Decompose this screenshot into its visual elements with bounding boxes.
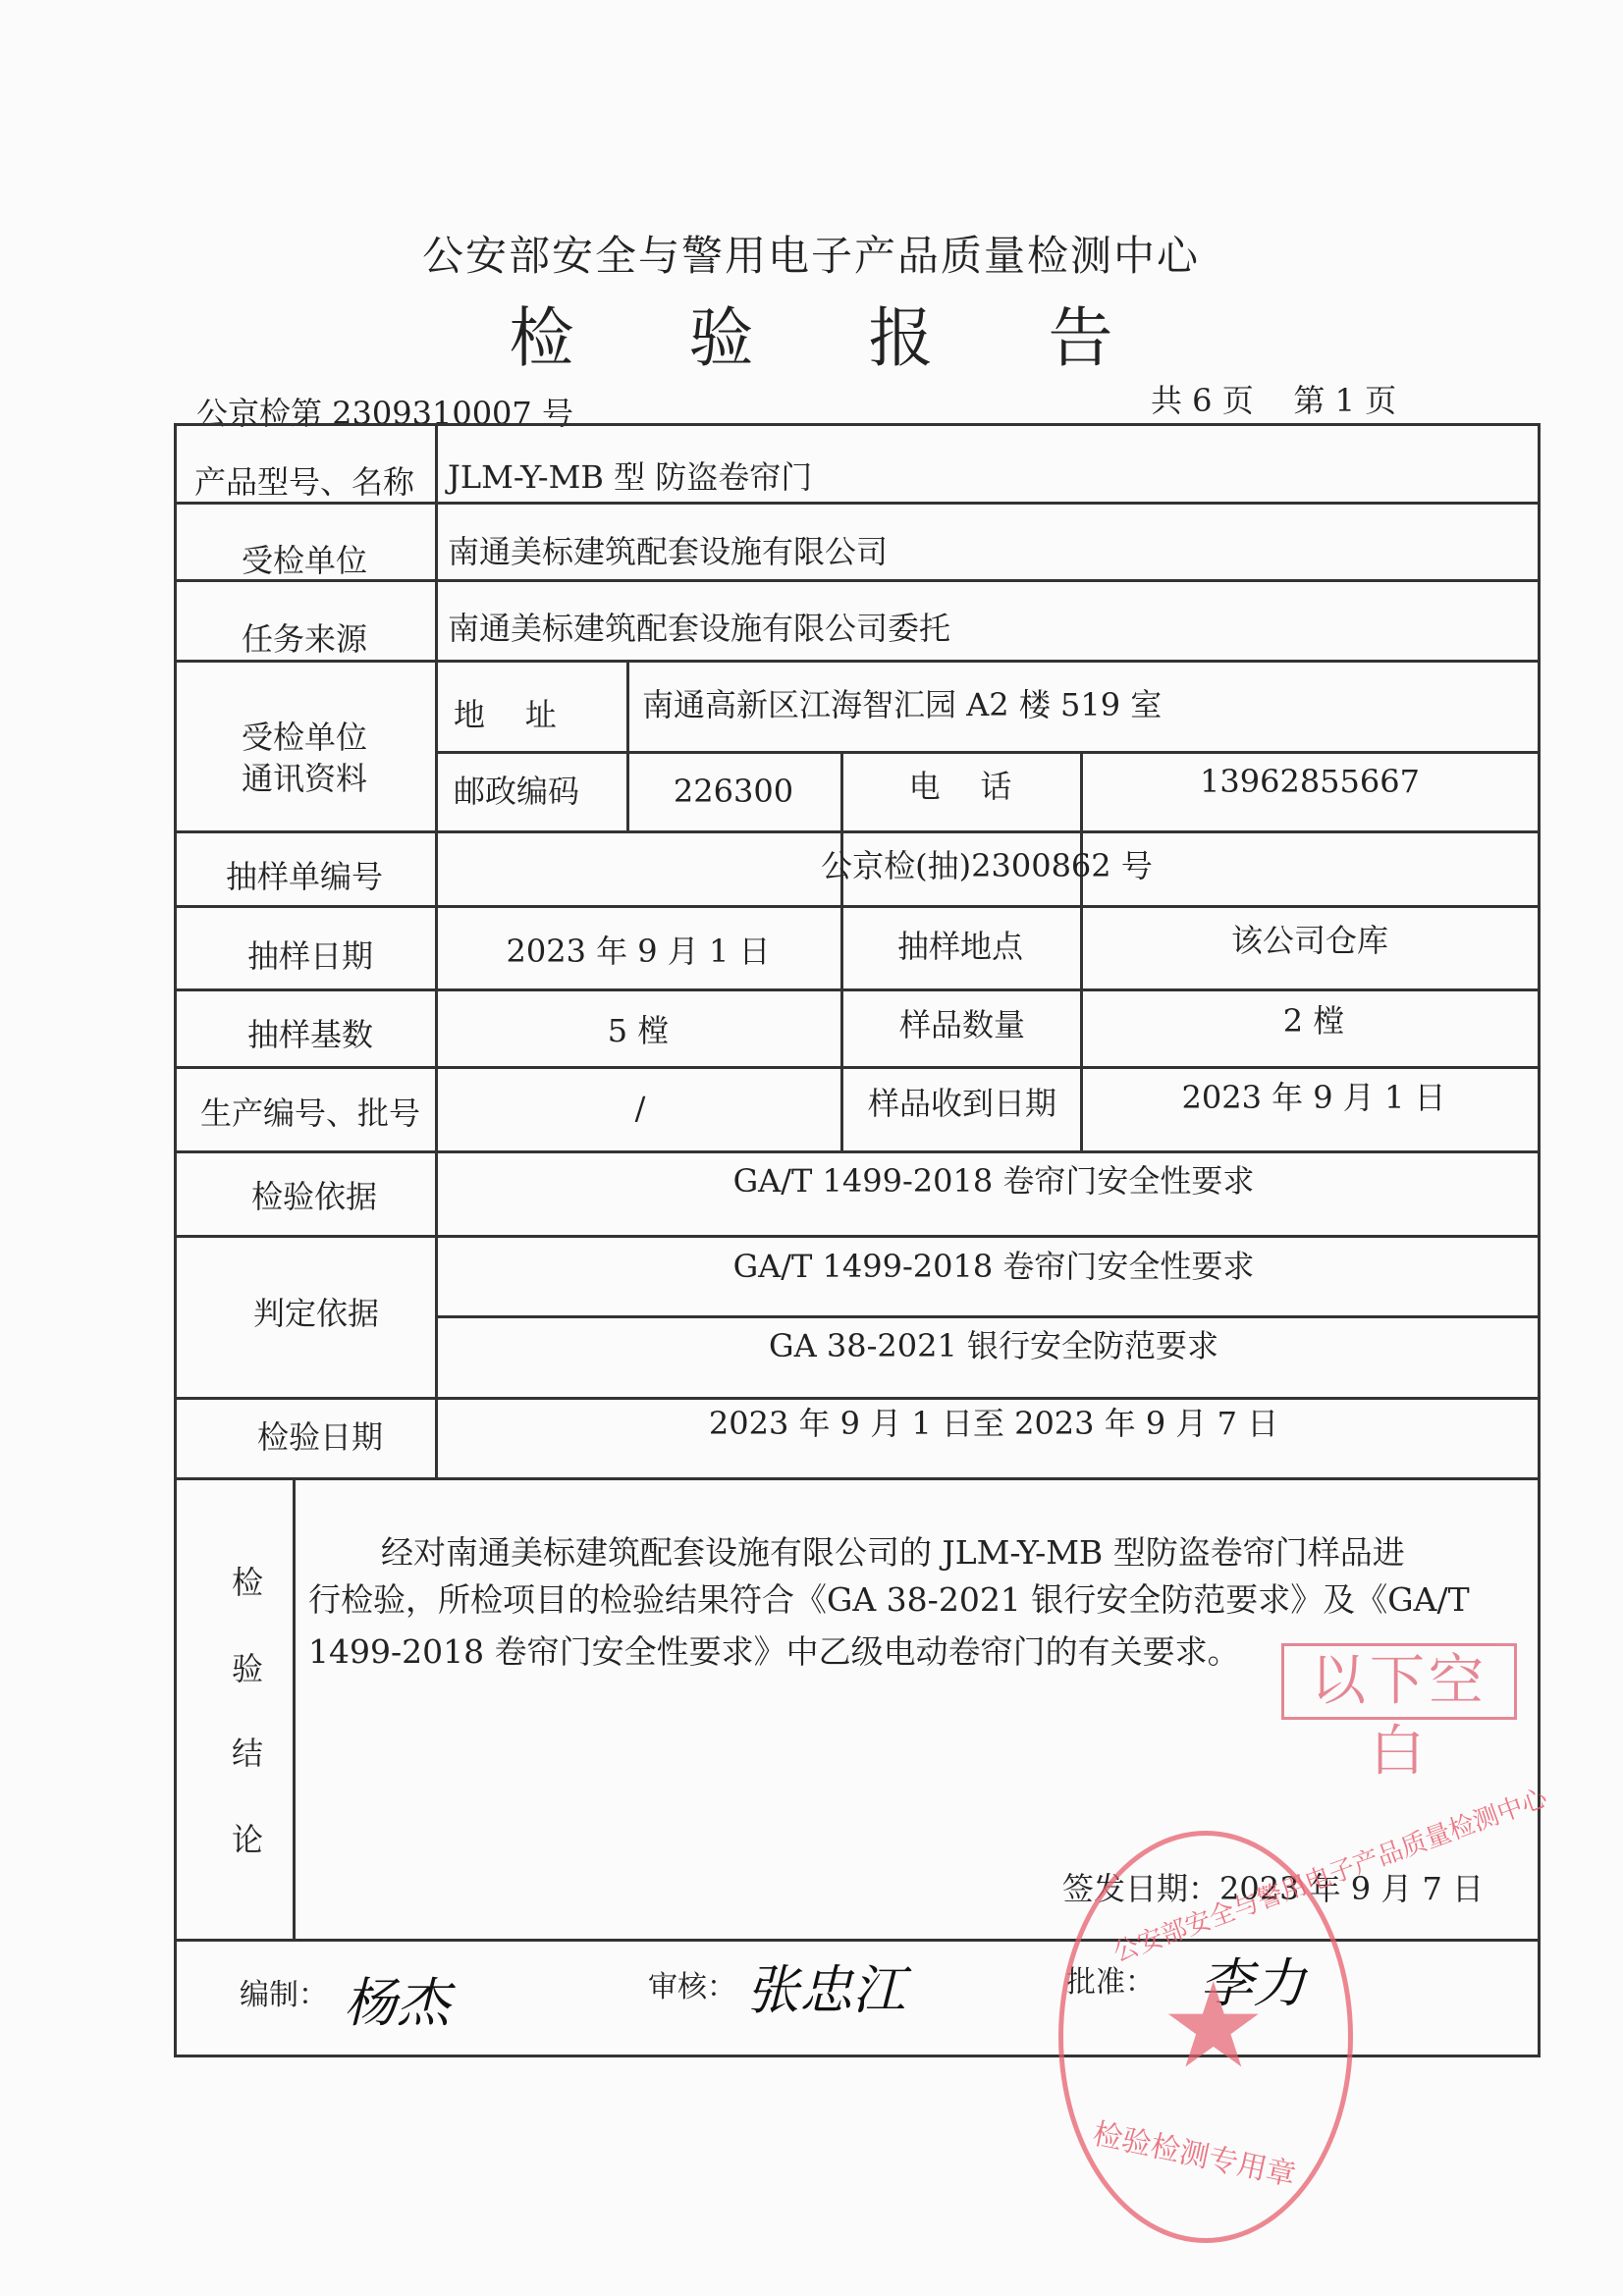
sample-qty-label: 样品数量 (899, 1009, 1025, 1041)
address-value: 南通高新区江海智汇园 A2 楼 519 室 (642, 689, 1162, 721)
report-title: 检 验 报 告 (462, 306, 1161, 371)
batch-label: 生产编号、批号 (200, 1097, 420, 1129)
inspect-date-label: 检验日期 (257, 1421, 383, 1453)
conclusion-label-char: 验 (232, 1653, 263, 1684)
reviewed-label: 审核： (648, 1973, 736, 2002)
judge-value-2: GA 38-2021 银行安全防范要求 (769, 1330, 1218, 1362)
inspect-date-value: 2023 年 9 月 1 日至 2023 年 9 月 7 日 (709, 1408, 1278, 1439)
conclusion-line: 1499-2018 卷帘门安全性要求》中乙级电动卷帘门的有关要求。 (308, 1635, 1240, 1668)
task-source-value: 南通美标建筑配套设施有限公司委托 (448, 613, 950, 644)
batch-value: / (635, 1093, 646, 1124)
conclusion-label-char: 检 (232, 1567, 263, 1598)
inspected-unit-value: 南通美标建筑配套设施有限公司 (448, 536, 888, 567)
contact-label-2: 通讯资料 (242, 763, 367, 794)
conclusion-line: 经对南通美标建筑配套设施有限公司的 JLM-Y-MB 型防盗卷帘门样品进 (381, 1536, 1405, 1569)
sample-place-label: 抽样地点 (897, 931, 1023, 962)
task-source-label: 任务来源 (242, 623, 367, 655)
product-label: 产品型号、名称 (194, 466, 414, 498)
inspected-unit-label: 受检单位 (242, 545, 367, 576)
org-name: 公安部安全与警用电子产品质量检测中心 (422, 236, 1200, 277)
sample-date-label: 抽样日期 (247, 940, 373, 972)
sample-date-value: 2023 年 9 月 1 日 (506, 935, 770, 967)
received-label: 样品收到日期 (868, 1088, 1056, 1119)
seal-star-icon: ★ (1161, 1958, 1267, 2095)
basis-label: 检验依据 (251, 1181, 377, 1212)
sample-no-value: 公京检(抽)2300862 号 (821, 850, 1153, 881)
judge-value-1: GA/T 1499-2018 卷帘门安全性要求 (733, 1251, 1255, 1282)
prepared-label: 编制： (240, 1981, 328, 2010)
postcode-label: 邮政编码 (454, 775, 579, 807)
product-value: JLM-Y-MB 型 防盗卷帘门 (448, 461, 812, 493)
reviewed-signature: 张忠江 (746, 1949, 905, 2024)
phone-value: 13962855667 (1200, 766, 1420, 797)
sample-base-value: 5 樘 (608, 1015, 670, 1046)
received-value: 2023 年 9 月 1 日 (1181, 1082, 1445, 1113)
judge-label: 判定依据 (253, 1298, 379, 1329)
contact-label-1: 受检单位 (242, 721, 367, 753)
sample-qty-value: 2 樘 (1283, 1005, 1345, 1037)
conclusion-label-char: 结 (232, 1737, 263, 1769)
conclusion-label-char: 论 (232, 1824, 263, 1855)
phone-label: 电 话 (909, 771, 1012, 802)
postcode-value: 226300 (674, 775, 793, 807)
prepared-signature: 杨杰 (344, 1961, 450, 2037)
sample-base-label: 抽样基数 (247, 1019, 373, 1050)
address-label: 地 址 (454, 699, 557, 730)
conclusion-line: 行检验，所检项目的检验结果符合《GA 38-2021 银行安全防范要求》及《GA… (308, 1583, 1470, 1616)
sample-place-value: 该公司仓库 (1231, 925, 1388, 956)
sample-no-label: 抽样单编号 (226, 861, 383, 892)
page-count: 共 6 页 第 1 页 (1151, 385, 1396, 416)
blank-below-stamp: 以下空白 (1281, 1643, 1517, 1720)
basis-value: GA/T 1499-2018 卷帘门安全性要求 (733, 1165, 1255, 1197)
